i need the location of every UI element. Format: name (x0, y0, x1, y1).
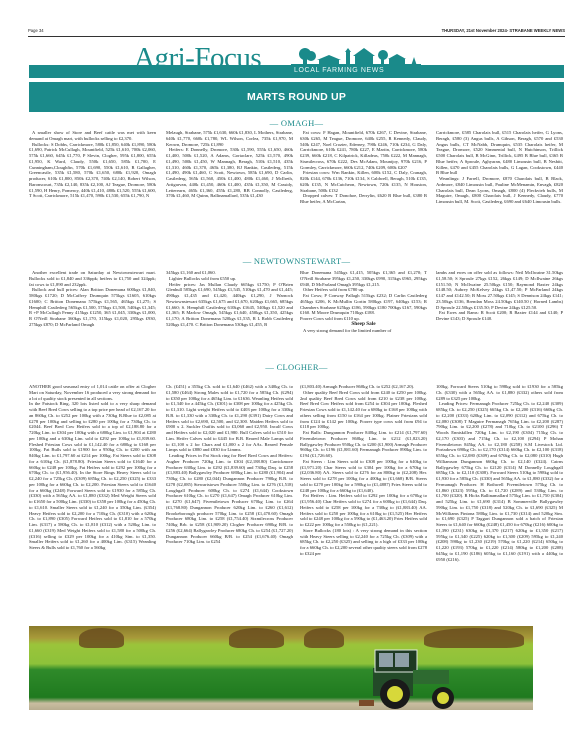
omagh-col-1: A smaller show of Store and Beef cattle … (29, 130, 156, 199)
article-paragraph: Weanlings: J Farrell, Dromore, £870 Char… (436, 176, 563, 205)
tractor-photo (29, 626, 533, 710)
nts-col-2: 345kgs £1,160 and £1,060. Lighter Bulloc… (166, 270, 293, 328)
heading-newtownstewart: — NEWTOWNSTEWART— (28, 256, 565, 266)
brand-logo: Agri-Focus (134, 41, 261, 75)
article-paragraph: Fat Bulls: Dungannon Producer 840kg Lim.… (300, 430, 427, 459)
article-paragraph: Bullocks: S Dobbs, Carrickmore, 580k £1,… (29, 142, 156, 200)
article-paragraph: Fat cows: F Hagan, Mountfield, 670k £267… (300, 130, 427, 170)
clogher-col-2: Ch. (£451) a 355kg Ch. sold to £1,640 (£… (166, 384, 293, 545)
treeline (79, 628, 124, 648)
heading-clogher: — CLOGHER— (28, 362, 565, 372)
article-paragraph: Store Bullocks (180 lots) : A very stron… (300, 528, 427, 557)
article-paragraph: Melaugh, Strabane, 575k £1,630, 660k £1,… (166, 130, 293, 147)
treeline (304, 628, 344, 648)
article-paragraph: Dropped calves: T Donohoe, Derrylin, £62… (300, 193, 427, 205)
page-header: Page 34 THURSDAY, 21st November 2024- ST… (28, 28, 565, 37)
article-paragraph: (£1,803.40) Armagh Producer 860kg Ch. to… (300, 384, 427, 390)
page-number: Page 34 (28, 28, 44, 33)
article-paragraph: Heifers: E Donnelly, Dromore, 530k £1,59… (166, 147, 293, 199)
article-paragraph: Ch. (£451) a 355kg Ch. sold to £1,640 (£… (166, 384, 293, 453)
article-paragraph: ANOTHER good seasonal entry of 1,014 cat… (29, 384, 156, 401)
article-paragraph: Fat Cows; P Conway Pallagh 515kgs £232; … (300, 293, 427, 316)
clogher-col-3: (£1,803.40) Armagh Producer 860kg Ch. to… (300, 384, 427, 557)
article-paragraph: Fat Ewes and Rams: R Scott £200; R Baxte… (436, 310, 563, 322)
article-paragraph: Friesian cows: Wm Rankin, Killen, 600k £… (300, 170, 427, 193)
nts-col-4: lambs and ewes on offer sold as follows:… (436, 270, 563, 322)
article-paragraph: Leading Prices: Fermanagh Producer 725kg… (436, 401, 563, 562)
tractor-icon (359, 648, 459, 710)
clogher-col-1: ANOTHER good seasonal entry of 1,014 cat… (29, 384, 156, 551)
article-paragraph: In the Fatstock Ring, 320 lots listed so… (29, 401, 156, 551)
omagh-col-4: Carrickmore, £585 Charolais bull, £515 C… (436, 130, 563, 205)
omagh-col-2: Melaugh, Strabane, 575k £1,630, 660k £1,… (166, 130, 293, 199)
treeline (424, 628, 524, 648)
clogher-col-4: 100kg. Forward Steers 510kg to 598kg sol… (436, 384, 563, 562)
article-paragraph: Bullock and bull prices: Alan Britton Do… (29, 287, 156, 327)
banner-title: MARTS ROUND UP (247, 91, 346, 103)
article-paragraph: Fat Heifers : Lim. Heifers sold to £292 … (300, 493, 427, 528)
article-paragraph: Other quality Beef Bred Cows sold from £… (300, 390, 427, 430)
article-paragraph: Another excellent trade on Saturday at N… (29, 270, 156, 287)
article-paragraph: 100kg. Forward Steers 510kg to 598kg sol… (436, 384, 563, 401)
article-paragraph: Heifer prices: Jas Mullan Claudy 665kgs … (166, 282, 293, 328)
nts-col-1: Another excellent trade on Saturday at N… (29, 270, 156, 328)
article-paragraph: Leading Prices in Fat Stock ring for Bee… (166, 453, 293, 545)
nts-col-3: Blue Donemana 545kgs £1,415, 505kgs £1,3… (300, 270, 427, 333)
dateline: THURSDAY, 21st November 2024- STRABANE W… (442, 28, 565, 33)
omagh-col-3: Fat cows: F Hagan, Mountfield, 670k £267… (300, 130, 427, 205)
masthead-subtitle: LOCAL FARMING NEWS (294, 67, 384, 74)
article-paragraph: Blue Donemana 545kgs £1,415, 505kgs £1,3… (300, 270, 427, 287)
farm-silhouette-icon (291, 46, 421, 66)
article-paragraph: Fat Steers : Lim Steers sold to £308 per… (300, 459, 427, 494)
article-paragraph: lambs and ewes on offer sold as follows:… (436, 270, 563, 310)
heading-omagh: — OMAGH— (28, 118, 565, 128)
article-paragraph: A very strong demand for the limited num… (300, 328, 427, 334)
section-banner: MARTS ROUND UP (29, 82, 564, 112)
article-paragraph: Carrickmore, £585 Charolais bull, £515 C… (436, 130, 563, 176)
article-paragraph: A smaller show of Store and Beef cattle … (29, 130, 156, 142)
treeline (229, 628, 284, 648)
masthead: Agri-Focus LOCAL FARMING NEWS (29, 42, 564, 78)
